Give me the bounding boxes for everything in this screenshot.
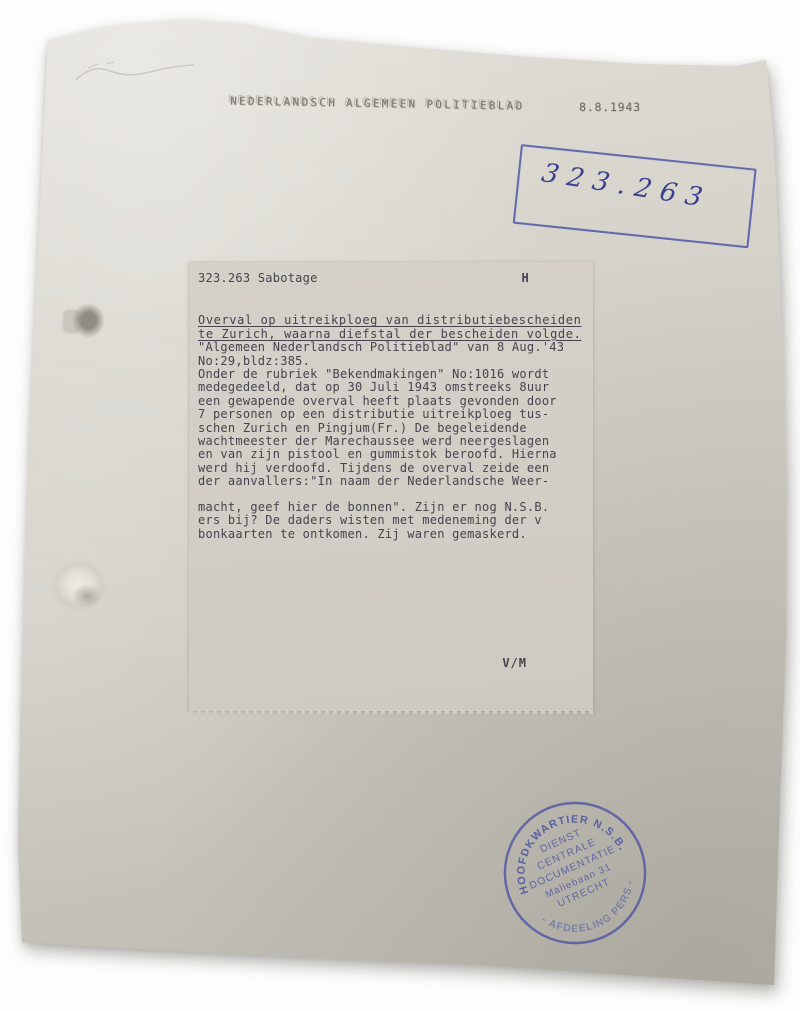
paper-sheet: NEDERLANDSCH ALGEMEEN POLITIEBLAD 8.8.19… bbox=[0, 0, 800, 1011]
body-line: bonkaarten te ontkomen. Zij waren gemask… bbox=[198, 528, 585, 541]
source-line: "Algemeen Nederlandsch Politieblad" van … bbox=[198, 341, 585, 354]
body-line: een gewapende overval heeft plaats gevon… bbox=[198, 395, 585, 408]
spacer bbox=[198, 285, 585, 314]
body-line: wachtmeester der Marechaussee werd neerg… bbox=[198, 435, 585, 448]
typist-initials: V/M bbox=[198, 657, 585, 670]
clipping-text: 323.263 Sabotage H Overval op uitreikplo… bbox=[189, 262, 593, 711]
body-line: medegedeeld, dat op 30 Juli 1943 omstree… bbox=[198, 381, 585, 394]
clipping-header-row: 323.263 Sabotage H bbox=[198, 272, 585, 285]
source-line: No:29,bldz:385. bbox=[198, 355, 585, 368]
stamp-ring bbox=[483, 781, 668, 966]
documentation-stamp: HOOFDKWARTIER N.S.B. - AFDEELING PERS - … bbox=[472, 770, 678, 976]
photo-background: NEDERLANDSCH ALGEMEEN POLITIEBLAD 8.8.19… bbox=[0, 0, 800, 1011]
punch-hole-top-shadow bbox=[72, 303, 105, 338]
body-line: 7 personen op een distributie uitreikplo… bbox=[198, 408, 585, 421]
body-line: macht, geef hier de bonnen". Zijn er nog… bbox=[198, 501, 585, 514]
body-line: ers bij? De daders wisten met medeneming… bbox=[198, 514, 585, 527]
index-code: 323.263 bbox=[198, 272, 250, 285]
punch-hole-bottom-shadow bbox=[72, 584, 102, 608]
body-line: der aanvallers:"In naam der Nederlandsch… bbox=[198, 475, 585, 488]
masthead-stamp: NEDERLANDSCH ALGEMEEN POLITIEBLAD bbox=[230, 94, 525, 112]
reference-box: 323.263 bbox=[513, 144, 757, 248]
paper-wrap: NEDERLANDSCH ALGEMEEN POLITIEBLAD 8.8.19… bbox=[0, 0, 800, 1011]
news-clipping: 323.263 Sabotage H Overval op uitreikplo… bbox=[189, 262, 593, 711]
body-line: werd hij verdoofd. Tijdens de overval ze… bbox=[198, 462, 585, 475]
date-stamp: 8.8.1943 bbox=[579, 100, 641, 114]
reference-number: 323.263 bbox=[539, 158, 714, 214]
body-line: Onder de rubriek "Bekendmakingen" No:101… bbox=[198, 368, 585, 381]
body-line: en van zijn pistool en gummistok beroofd… bbox=[198, 448, 585, 461]
pencil-scribble bbox=[72, 46, 222, 101]
headline-line: te Zurich, waarna diefstal der bescheide… bbox=[198, 328, 585, 341]
category-label: Sabotage bbox=[258, 272, 318, 285]
body-line: schen Zurich en Pingjum(Fr.) De begeleid… bbox=[198, 422, 585, 435]
headline-line: Overval op uitreikploeg van distributieb… bbox=[198, 314, 585, 327]
corner-mark: H bbox=[522, 272, 529, 285]
punch-hole-top bbox=[64, 302, 108, 340]
punch-hole-bottom bbox=[50, 558, 108, 612]
